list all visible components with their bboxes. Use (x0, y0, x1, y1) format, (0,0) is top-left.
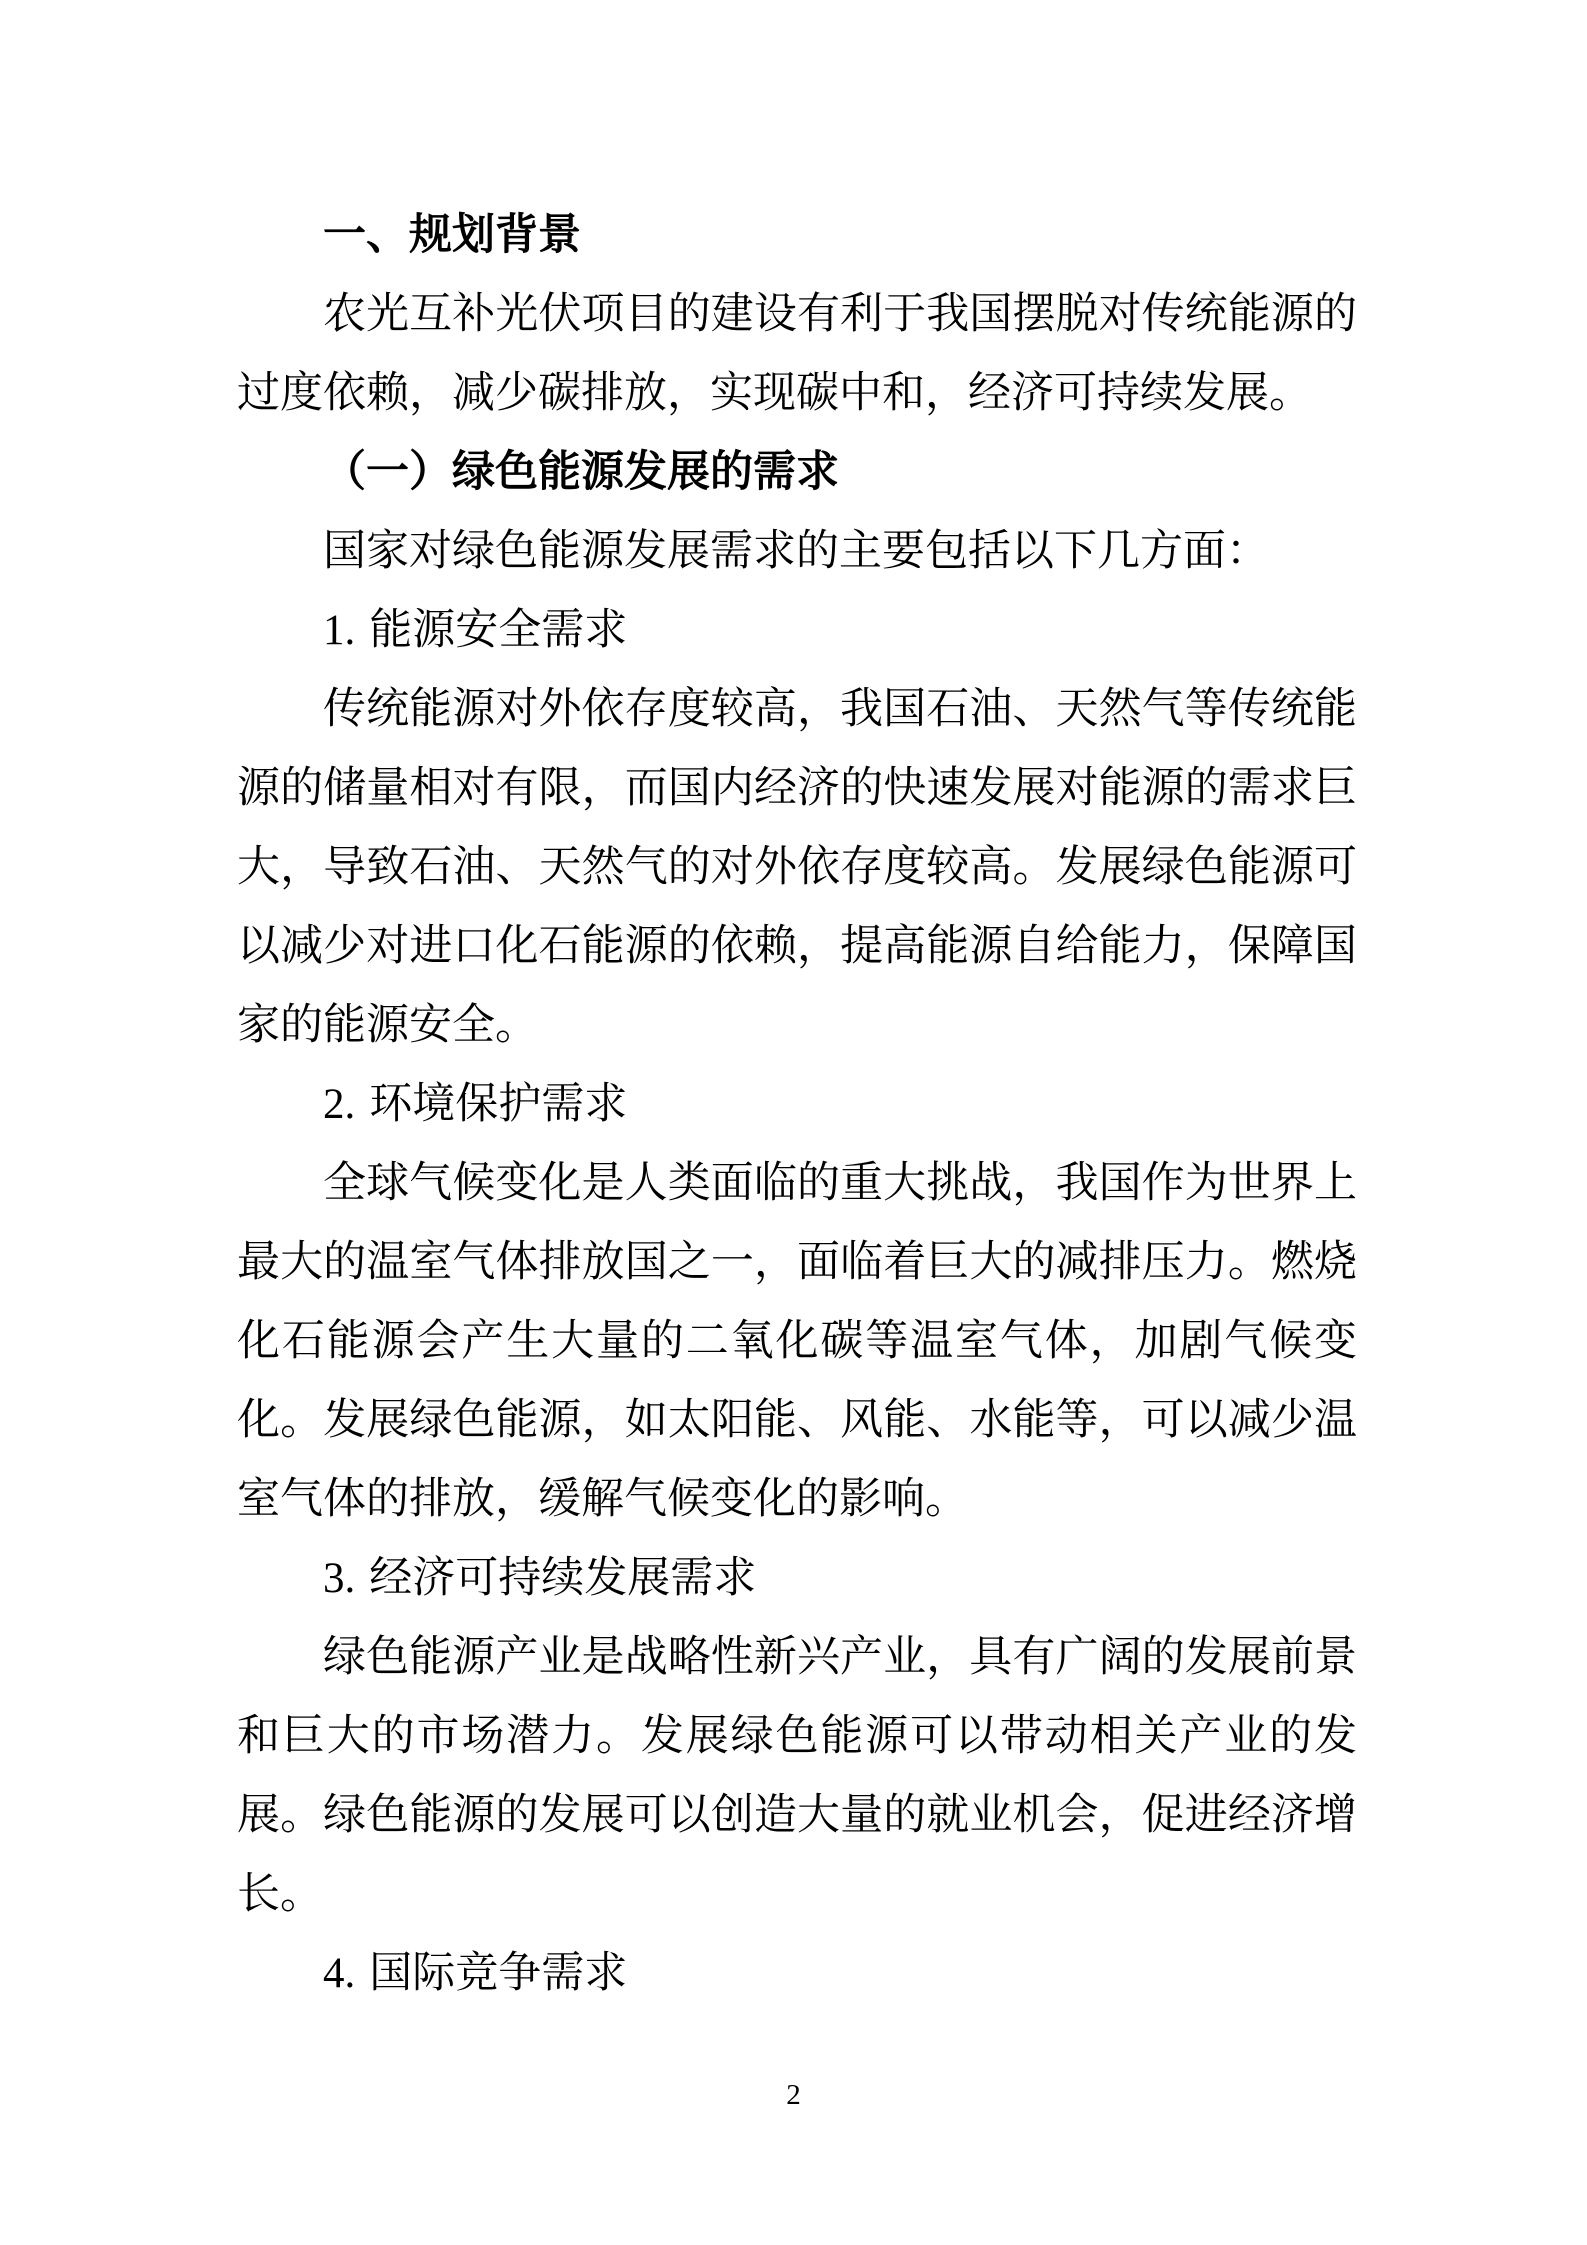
item-title-2: 环境保护需求 (369, 1080, 627, 1128)
page-number: 2 (0, 2078, 1587, 2112)
subsection-heading: （一）绿色能源发展的需求 (237, 433, 1357, 512)
section-paragraph-3: 绿色能源产业是战略性新兴产业，具有广阔的发展前景和巨大的市场潜力。发展绿色能源可… (237, 1618, 1357, 1934)
numbered-heading-4: 4.国际竞争需求 (237, 1934, 1357, 2013)
chapter-heading: 一、规划背景 (237, 196, 1357, 275)
item-number-3: 3. (323, 1555, 355, 1602)
item-title-3: 经济可持续发展需求 (369, 1554, 756, 1602)
item-number-4: 4. (323, 1950, 355, 1997)
item-title-4: 国际竞争需求 (369, 1949, 627, 1997)
numbered-heading-2: 2.环境保护需求 (237, 1065, 1357, 1144)
lead-paragraph: 国家对绿色能源发展需求的主要包括以下几方面： (237, 512, 1357, 591)
document-body: 一、规划背景 农光互补光伏项目的建设有利于我国摆脱对传统能源的过度依赖，减少碳排… (237, 196, 1357, 2013)
item-number-2: 2. (323, 1081, 355, 1128)
intro-paragraph: 农光互补光伏项目的建设有利于我国摆脱对传统能源的过度依赖，减少碳排放，实现碳中和… (237, 275, 1357, 433)
item-number-1: 1. (323, 607, 355, 654)
section-paragraph-1: 传统能源对外依存度较高，我国石油、天然气等传统能源的储量相对有限，而国内经济的快… (237, 670, 1357, 1065)
numbered-heading-3: 3.经济可持续发展需求 (237, 1539, 1357, 1618)
section-paragraph-2: 全球气候变化是人类面临的重大挑战，我国作为世界上最大的温室气体排放国之一，面临着… (237, 1144, 1357, 1539)
numbered-heading-1: 1.能源安全需求 (237, 591, 1357, 670)
document-page: 一、规划背景 农光互补光伏项目的建设有利于我国摆脱对传统能源的过度依赖，减少碳排… (0, 0, 1587, 2245)
item-title-1: 能源安全需求 (369, 606, 627, 654)
